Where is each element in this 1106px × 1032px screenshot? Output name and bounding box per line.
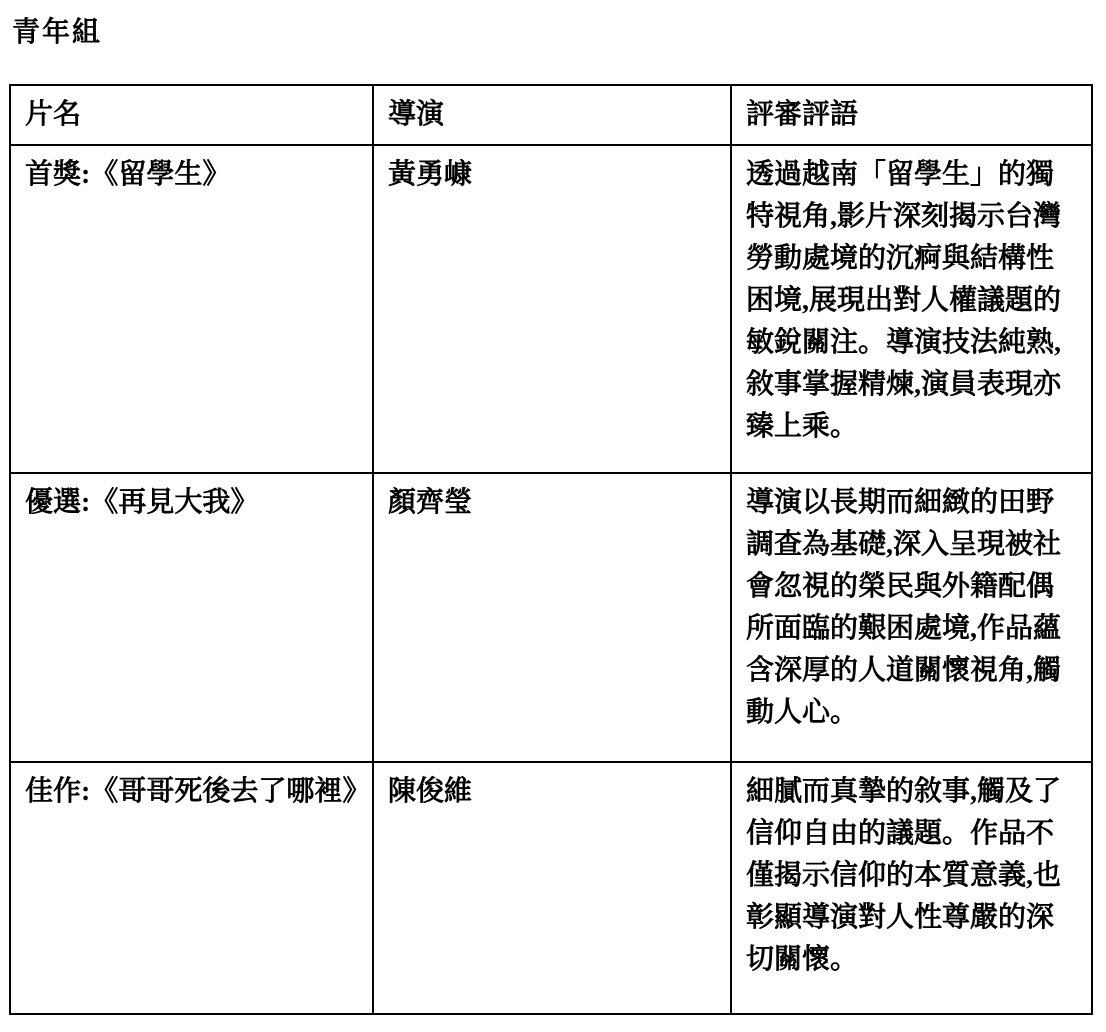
director-cell: 顏齊瑩 (373, 473, 731, 762)
col-header-film: 片名 (10, 85, 373, 145)
table-row: 首獎:《留學生》 黃勇嵻 透過越南「留學生」的獨特視角,影片深刻揭示台灣勞動處境… (10, 145, 1092, 473)
comment-cell: 細膩而真摯的敘事,觸及了信仰自由的議題。作品不僅揭示信仰的本質意義,也彰顯導演對… (731, 762, 1092, 1014)
page-title: 青年組 (12, 10, 102, 50)
comment-cell: 透過越南「留學生」的獨特視角,影片深刻揭示台灣勞動處境的沉痾與結構性困境,展現出… (731, 145, 1092, 473)
table-row: 優選:《再見大我》 顏齊瑩 導演以長期而細緻的田野調查為基礎,深入呈現被社會忽視… (10, 473, 1092, 762)
col-header-jury-comment: 評審評語 (731, 85, 1092, 145)
director-cell: 陳俊維 (373, 762, 731, 1014)
document-page: 青年組 片名 導演 評審評語 首獎:《留學生》 黃勇嵻 透過越南「留學生」的獨特… (0, 0, 1106, 1032)
film-cell: 首獎:《留學生》 (10, 145, 373, 473)
director-cell: 黃勇嵻 (373, 145, 731, 473)
film-cell: 佳作:《哥哥死後去了哪裡》 (10, 762, 373, 1014)
col-header-director: 導演 (373, 85, 731, 145)
awards-table: 片名 導演 評審評語 首獎:《留學生》 黃勇嵻 透過越南「留學生」的獨特視角,影… (9, 84, 1093, 1015)
comment-cell: 導演以長期而細緻的田野調查為基礎,深入呈現被社會忽視的榮民與外籍配偶所面臨的艱困… (731, 473, 1092, 762)
table-row: 佳作:《哥哥死後去了哪裡》 陳俊維 細膩而真摯的敘事,觸及了信仰自由的議題。作品… (10, 762, 1092, 1014)
table-header-row: 片名 導演 評審評語 (10, 85, 1092, 145)
film-cell: 優選:《再見大我》 (10, 473, 373, 762)
